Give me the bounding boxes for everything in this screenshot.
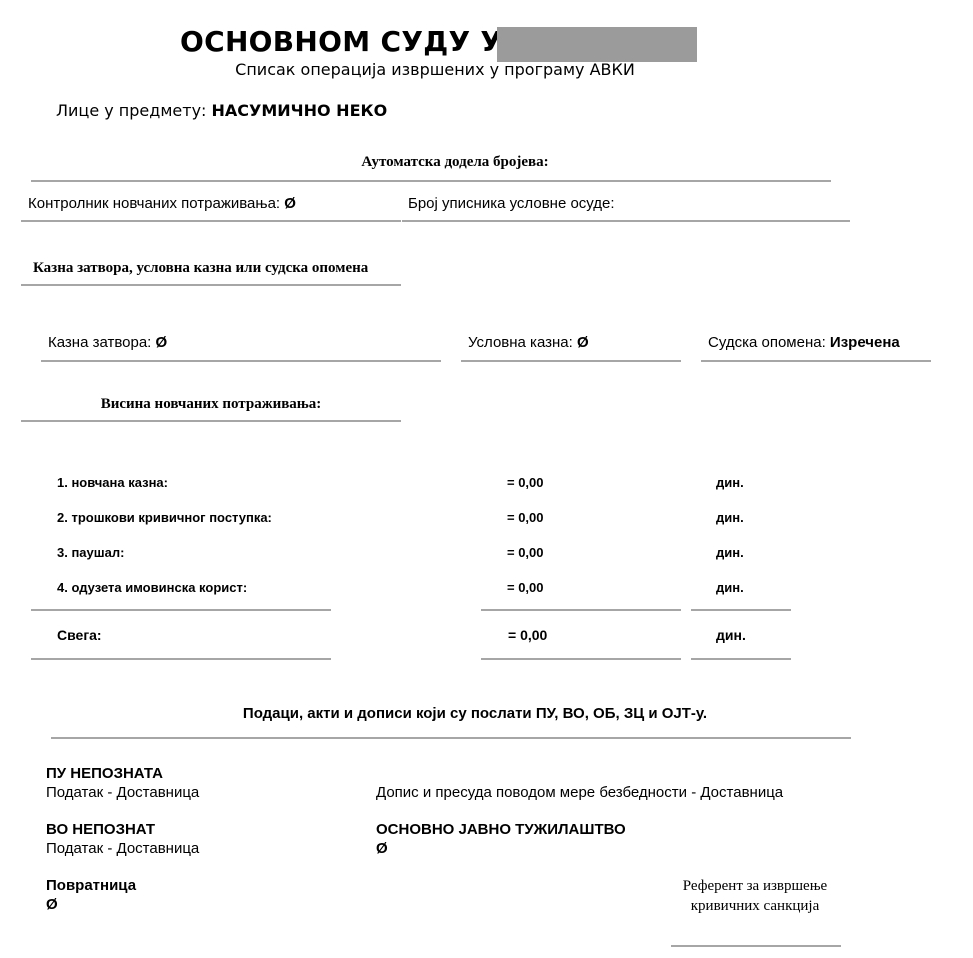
divider bbox=[691, 658, 791, 660]
claim-unit: дин. bbox=[716, 510, 744, 525]
claim-value: = 0,00 bbox=[507, 545, 544, 560]
document-subtitle: Списак операција извршених у програму АВ… bbox=[0, 60, 870, 79]
divider bbox=[481, 658, 681, 660]
claim-label: 2. трошкови кривичног поступка: bbox=[57, 510, 272, 525]
prison-label: Казна затвора: bbox=[48, 334, 151, 351]
claim-unit: дин. bbox=[716, 475, 744, 490]
auto-numbers-title: Аутоматска додела бројева: bbox=[20, 154, 890, 171]
divider bbox=[41, 360, 441, 362]
vo-heading: ВО НЕПОЗНАТ bbox=[46, 821, 155, 838]
total-unit: дин. bbox=[716, 627, 746, 643]
divider bbox=[701, 360, 931, 362]
claim-value: = 0,00 bbox=[507, 580, 544, 595]
subject-value: НАСУМИЧНО НЕКО bbox=[212, 101, 388, 120]
document-title: ОСНОВНОМ СУДУ У bbox=[180, 24, 502, 60]
claim-value: = 0,00 bbox=[507, 510, 544, 525]
conditional-label: Условна казна: bbox=[468, 334, 573, 351]
claim-unit: дин. bbox=[716, 545, 744, 560]
ojt-text: Ø bbox=[376, 840, 388, 857]
signature-line1: Референт за извршење bbox=[660, 876, 850, 896]
return-heading: Повратница bbox=[46, 877, 136, 894]
warning-label: Судска опомена: bbox=[708, 334, 826, 351]
register-field: Број уписника условне осуде: bbox=[408, 195, 615, 212]
divider bbox=[402, 220, 850, 222]
controller-value: Ø bbox=[284, 195, 296, 212]
documents-title: Подаци, акти и дописи који су послати ПУ… bbox=[30, 705, 920, 722]
prison-field: Казна затвора: Ø bbox=[48, 334, 167, 351]
claim-unit: дин. bbox=[716, 580, 744, 595]
conditional-value: Ø bbox=[577, 334, 589, 351]
claims-title: Висина новчаних потраживања: bbox=[21, 396, 401, 413]
total-label: Свега: bbox=[57, 627, 102, 643]
divider bbox=[51, 737, 851, 739]
signature-line bbox=[671, 945, 841, 947]
vo-text: Податак - Доставница bbox=[46, 840, 199, 857]
claim-label: 3. паушал: bbox=[57, 545, 124, 560]
divider bbox=[31, 180, 831, 182]
divider bbox=[31, 658, 331, 660]
signature-block: Референт за извршење кривичних санкција bbox=[660, 876, 850, 916]
claim-value: = 0,00 bbox=[507, 475, 544, 490]
claim-label: 1. новчана казна: bbox=[57, 475, 168, 490]
total-value: = 0,00 bbox=[508, 627, 547, 643]
pu-heading: ПУ НЕПОЗНАТА bbox=[46, 765, 163, 782]
controller-label: Контролник новчаних потраживања: bbox=[28, 195, 280, 212]
return-text: Ø bbox=[46, 896, 58, 913]
pu-text: Податак - Доставница bbox=[46, 784, 199, 801]
signature-line2: кривичних санкција bbox=[660, 896, 850, 916]
sanctions-title: Казна затвора, условна казна или судска … bbox=[33, 260, 368, 277]
divider bbox=[21, 420, 401, 422]
subject-label: Лице у предмету: bbox=[56, 101, 206, 120]
warning-value: Изречена bbox=[830, 334, 900, 351]
warning-field: Судска опомена: Изречена bbox=[708, 334, 900, 351]
ojt-heading: ОСНОВНО ЈАВНО ТУЖИЛАШТВО bbox=[376, 821, 626, 838]
divider bbox=[461, 360, 681, 362]
conditional-field: Условна казна: Ø bbox=[468, 334, 589, 351]
divider bbox=[481, 609, 681, 611]
divider bbox=[31, 609, 331, 611]
divider bbox=[21, 220, 401, 222]
divider bbox=[691, 609, 791, 611]
subject-person: Лице у предмету: НАСУМИЧНО НЕКО bbox=[56, 101, 387, 120]
claim-label: 4. одузета имовинска корист: bbox=[57, 580, 247, 595]
register-label: Број уписника условне осуде: bbox=[408, 195, 615, 212]
redacted-court-name bbox=[497, 27, 697, 62]
divider bbox=[21, 284, 401, 286]
ob-text: Допис и пресуда поводом мере безбедности… bbox=[376, 784, 783, 801]
prison-value: Ø bbox=[156, 334, 168, 351]
controller-field: Контролник новчаних потраживања: Ø bbox=[28, 195, 296, 212]
